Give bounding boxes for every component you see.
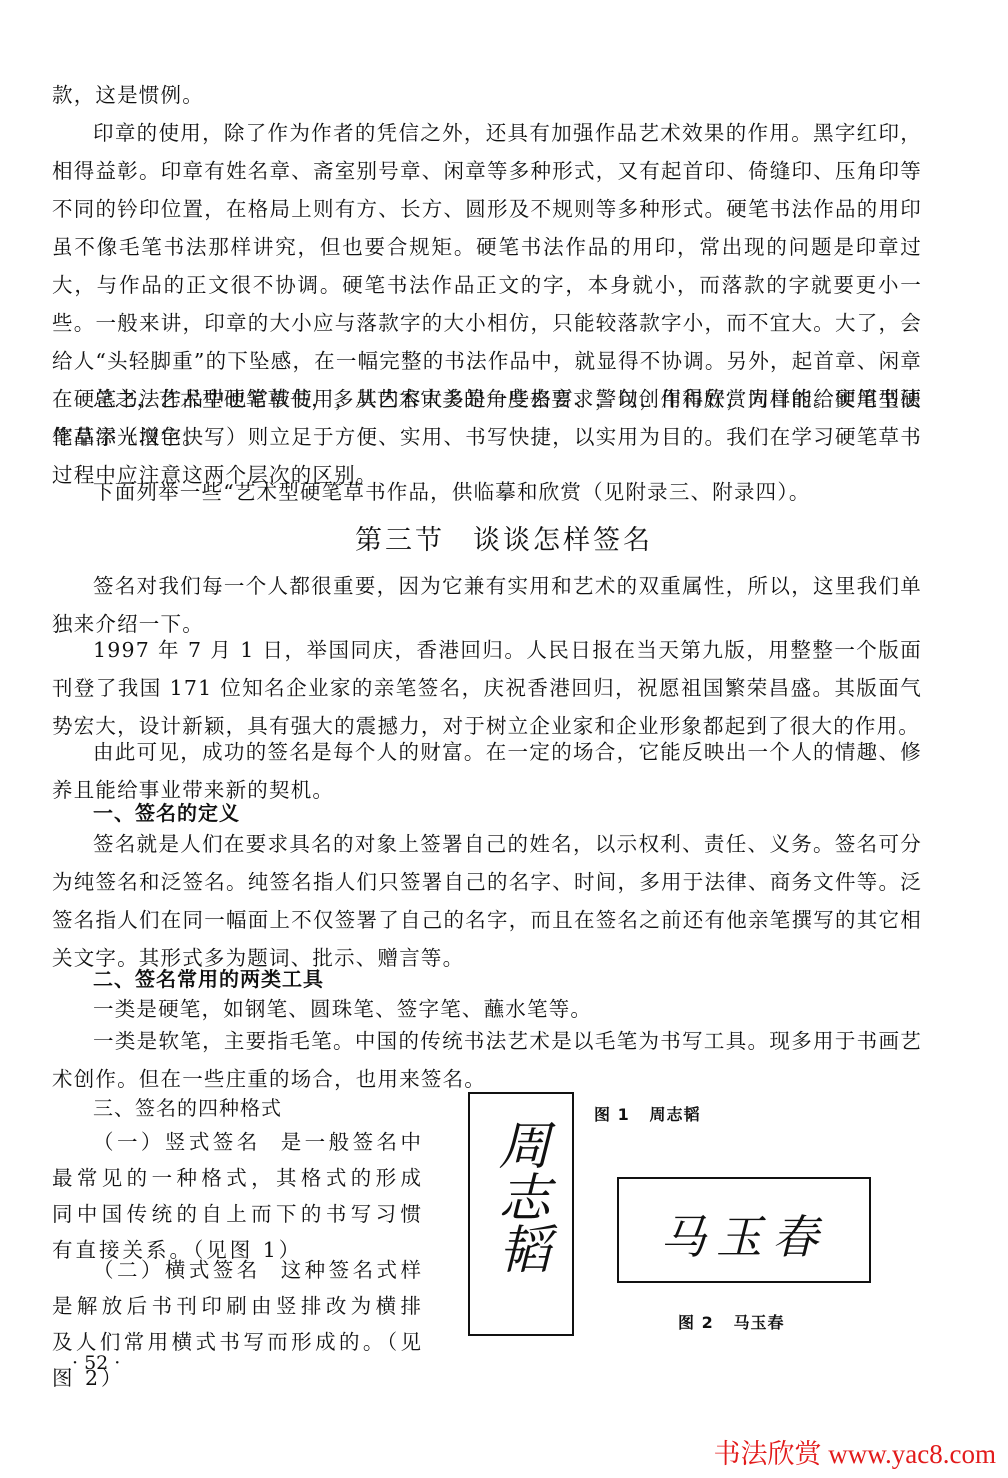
- paragraph-continuation: 款，这是惯例。: [52, 76, 922, 114]
- page-number: · 52 ·: [72, 1352, 120, 1374]
- figure-2-box: 马玉春: [617, 1177, 871, 1283]
- paragraph-examples: 下面列举一些“艺术型硬笔草书作品，供临摹和欣赏（见附录三、附录四）。: [52, 473, 922, 511]
- signature-horizontal: 马玉春: [619, 1201, 869, 1267]
- caption-name: 周志韬: [649, 1105, 700, 1124]
- heading-definition: 一、签名的定义: [93, 797, 240, 826]
- caption-label: 图 1: [594, 1105, 630, 1124]
- figure-1-box: 周志韬: [468, 1092, 574, 1336]
- heading-tools: 二、签名常用的两类工具: [93, 963, 324, 992]
- paragraph-hongkong: 1997 年 7 月 1 日，举国同庆，香港回归。人民日报在当天第九版，用整整一…: [52, 631, 922, 745]
- format-label: （二）横式签名: [93, 1258, 261, 1282]
- section-number: 第三节: [355, 525, 445, 556]
- paragraph-tool-soft: 一类是软笔，主要指毛笔。中国的传统书法艺术是以毛笔为书写工具。现多用于书画艺术创…: [52, 1022, 922, 1098]
- format-label: （一）竖式签名: [93, 1130, 261, 1154]
- figure-1-caption: 图 1 周志韬: [594, 1102, 700, 1125]
- heading-formats: 三、签名的四种格式: [93, 1092, 282, 1121]
- paragraph-format-vertical: （一）竖式签名 是一般签名中最常见的一种格式，其格式的形成同中国传统的自上而下的…: [52, 1124, 424, 1268]
- caption-label: 图 2: [678, 1313, 714, 1332]
- paragraph-format-horizontal: （二）横式签名 这种签名式样是解放后书刊印刷由竖排改为横排及人们常用横式书写而形…: [52, 1252, 424, 1396]
- paragraph-definition: 签名就是人们在要求具名的对象上签署自己的姓名，以示权利、责任、义务。签名可分为纯…: [52, 825, 922, 977]
- section-name: 谈谈怎样签名: [473, 525, 653, 556]
- figure-2-caption: 图 2 马玉春: [678, 1310, 784, 1333]
- section-title: 第三节谈谈怎样签名: [0, 518, 1008, 557]
- watermark-link[interactable]: 书法欣赏 www.yac8.com: [714, 1432, 996, 1471]
- signature-vertical: 周志韬: [492, 1118, 552, 1274]
- caption-name: 马玉春: [733, 1313, 784, 1332]
